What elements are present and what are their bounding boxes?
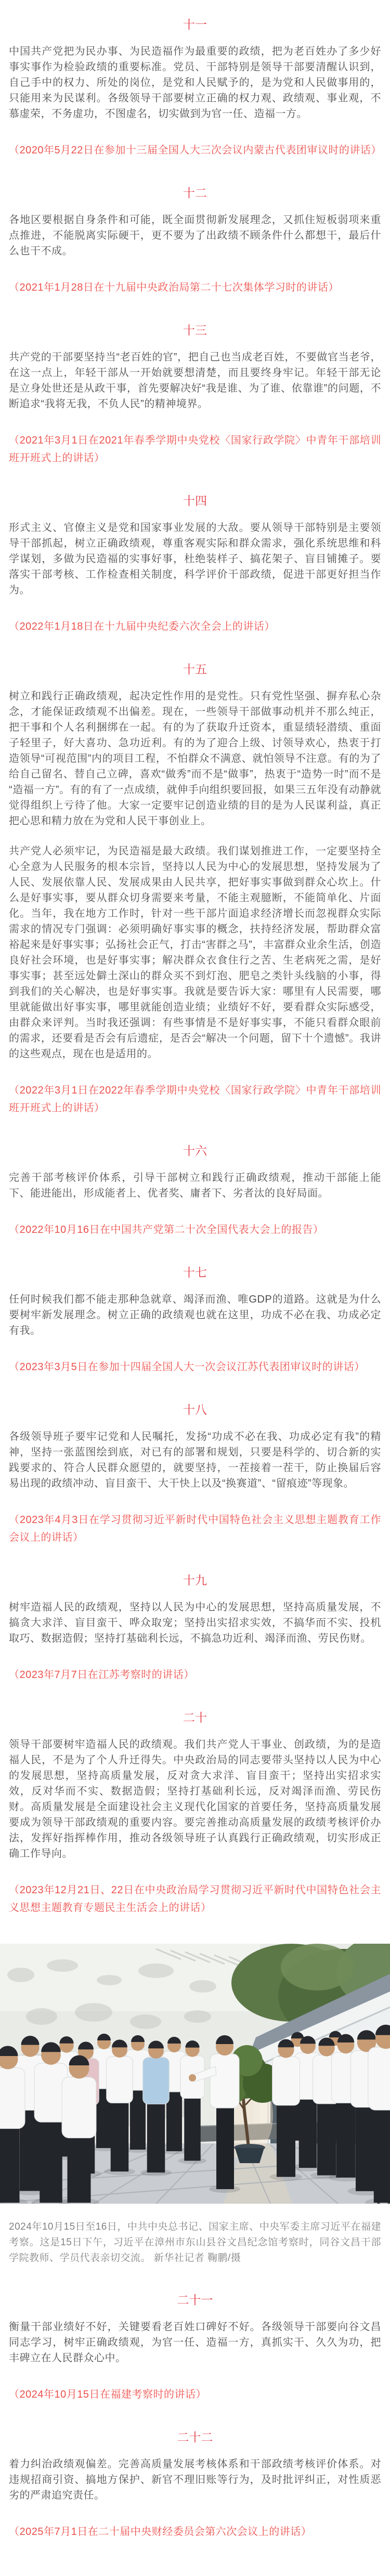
- quote-section: 十五 树立和践行正确政绩观，起决定性作用的是党性。只有党性坚强、摒弃私心杂念，才…: [0, 661, 390, 1117]
- section-body: 领导干部要树牢造福人民的政绩观。我们共产党人干事业、创政绩，为的是造福人民，不是…: [0, 1737, 390, 1862]
- sections-after-photo: 二十一 衡量干部业绩好不好，关键要看老百姓口碑好不好。各级领导干部要向谷文昌同志…: [0, 2292, 390, 2541]
- section-number: 十三: [9, 322, 381, 338]
- section-number: 十五: [9, 661, 381, 677]
- section-paragraph: 衡量干部业绩好不好，关键要看老百姓口碑好不好。各级领导干部要向谷文昌同志学习，树…: [9, 2319, 381, 2366]
- section-paragraph: 树牢造福人民的政绩观，坚持以人民为中心的发展思想，坚持高质量发展，不搞贪大求洋、…: [9, 1599, 381, 1646]
- sections-before-photo: 十一 中国共产党把为民办事、为民造福作为最重要的政绩，把为老百姓办了多少好事实事…: [0, 17, 390, 1917]
- section-paragraph: 树立和践行正确政绩观，起决定性作用的是党性。只有党性坚强、摒弃私心杂念，才能保证…: [9, 688, 381, 829]
- section-body: 完善干部考核评价体系，引导干部树立和践行正确政绩观，推动干部能上能下、能进能出，…: [0, 1170, 390, 1201]
- section-paragraph: 共产党人必须牢记，为民造福是最大政绩。我们谋划推进工作，一定要坚持全心全意为人民…: [9, 843, 381, 1062]
- section-paragraph: 着力纠治政绩观偏差。完善高质量发展考核体系和干部政绩考核评价体系。对违规招商引资…: [9, 2456, 381, 2503]
- section-number: 二十一: [9, 2292, 381, 2308]
- section-citation: （2023年4月3日在学习贯彻习近平新时代中国特色社会主义思想主题教育工作会议上…: [9, 1511, 381, 1546]
- section-citation: （2023年7月7日在江苏考察时的讲话）: [9, 1666, 381, 1684]
- section-body: 各级领导班子要牢记党和人民嘱托，发扬“功成不必在我、功成必定有我”的精神，坚持一…: [0, 1429, 390, 1491]
- section-body: 衡量干部业绩好不好，关键要看老百姓口碑好不好。各级领导干部要向谷文昌同志学习，树…: [0, 2319, 390, 2366]
- section-citation: （2022年10月16日在中国共产党第二十次全国代表大会上的报告）: [9, 1221, 381, 1239]
- section-number: 十七: [9, 1265, 381, 1280]
- section-paragraph: 各级领导班子要牢记党和人民嘱托，发扬“功成不必在我、功成必定有我”的精神，坚持一…: [9, 1429, 381, 1491]
- section-number: 二十二: [9, 2429, 381, 2445]
- section-citation: （2023年12月21日、22日在中央政治局学习贯彻习近平新时代中国特色社会主义…: [9, 1881, 381, 1917]
- section-paragraph: 完善干部考核评价体系，引导干部树立和践行正确政绩观，推动干部能上能下、能进能出，…: [9, 1170, 381, 1201]
- section-citation: （2025年7月1日在二十届中央财经委员会第六次会议上的讲话）: [9, 2523, 381, 2541]
- section-number: 十四: [9, 493, 381, 509]
- section-number: 十八: [9, 1402, 381, 1417]
- section-paragraph: 形式主义、官僚主义是党和国家事业发展的大敌。要从领导干部特别是主要领导干部抓起，…: [9, 520, 381, 598]
- section-paragraph: 领导干部要树牢造福人民的政绩观。我们共产党人干事业、创政绩，为的是造福人民，不是…: [9, 1737, 381, 1862]
- section-citation: （2021年1月28日在十九届中央政治局第二十七次集体学习时的讲话）: [9, 279, 381, 296]
- quote-section: 十七 任何时候我们都不能走那种急就章、竭泽而渔、唯GDP的道路。这就是为什么要树…: [0, 1265, 390, 1376]
- section-number: 十二: [9, 185, 381, 201]
- section-citation: （2023年3月5日在参加十四届全国人大一次会议江苏代表团审议时的讲话）: [9, 1358, 381, 1376]
- section-body: 树立和践行正确政绩观，起决定性作用的是党性。只有党性坚强、摒弃私心杂念，才能保证…: [0, 688, 390, 1062]
- section-body: 各地区要根据自身条件和可能，既全面贯彻新发展理念，又抓住短板弱项来重点推进，不能…: [0, 212, 390, 259]
- section-number: 十一: [9, 17, 381, 32]
- photo-caption: 2024年10月15日至16日，中共中央总书记、国家主席、中央军委主席习近平在福…: [0, 2219, 390, 2266]
- photo: 2024年10月15日至16日，中共中央总书记、国家主席、中央军委主席习近平在福…: [0, 1944, 390, 2266]
- quote-section: 十四 形式主义、官僚主义是党和国家事业发展的大敌。要从领导干部特别是主要领导干部…: [0, 493, 390, 635]
- quote-section: 二十 领导干部要树牢造福人民的政绩观。我们共产党人干事业、创政绩，为的是造福人民…: [0, 1710, 390, 1917]
- section-citation: （2021年3月1日在2021年春季学期中央党校〈国家行政学院〉中青年干部培训班…: [9, 432, 381, 467]
- section-paragraph: 中国共产党把为民办事、为民造福作为最重要的政绩，把为老百姓办了多少好事实事作为检…: [9, 44, 381, 122]
- section-paragraph: 共产党的干部要坚持当“老百姓的官”，把自己也当成老百姓，不要做官当老爷，在这一点…: [9, 349, 381, 412]
- quote-section: 十九 树牢造福人民的政绩观，坚持以人民为中心的发展思想，坚持高质量发展，不搞贪大…: [0, 1572, 390, 1684]
- quote-section: 二十一 衡量干部业绩好不好，关键要看老百姓口碑好不好。各级领导干部要向谷文昌同志…: [0, 2292, 390, 2403]
- quote-section: 十一 中国共产党把为民办事、为民造福作为最重要的政绩，把为老百姓办了多少好事实事…: [0, 17, 390, 159]
- quote-section: 二十二 着力纠治政绩观偏差。完善高质量发展考核体系和干部政绩考核评价体系。对违规…: [0, 2429, 390, 2541]
- section-body: 着力纠治政绩观偏差。完善高质量发展考核体系和干部政绩考核评价体系。对违规招商引资…: [0, 2456, 390, 2503]
- section-citation: （2022年1月18日在十九届中央纪委六次全会上的讲话）: [9, 618, 381, 635]
- section-citation: （2020年5月22日在参加十三届全国人大三次会议内蒙古代表团审议时的讲话）: [9, 141, 381, 159]
- section-body: 形式主义、官僚主义是党和国家事业发展的大敌。要从领导干部特别是主要领导干部抓起，…: [0, 520, 390, 598]
- section-citation: （2024年10月15日在福建考察时的讲话）: [9, 2386, 381, 2403]
- section-citation: （2022年3月1日在2022年春季学期中央党校〈国家行政学院〉中青年干部培训班…: [9, 1082, 381, 1117]
- section-paragraph: 各地区要根据自身条件和可能，既全面贯彻新发展理念，又抓住短板弱项来重点推进，不能…: [9, 212, 381, 259]
- section-body: 中国共产党把为民办事、为民造福作为最重要的政绩，把为老百姓办了多少好事实事作为检…: [0, 44, 390, 122]
- section-body: 树牢造福人民的政绩观，坚持以人民为中心的发展思想，坚持高质量发展，不搞贪大求洋、…: [0, 1599, 390, 1646]
- photo-illustration: [0, 1944, 390, 2204]
- section-number: 十九: [9, 1572, 381, 1588]
- quote-section: 十三 共产党的干部要坚持当“老百姓的官”，把自己也当成老百姓，不要做官当老爷，在…: [0, 322, 390, 467]
- section-number: 十六: [9, 1143, 381, 1159]
- quote-section: 十二 各地区要根据自身条件和可能，既全面贯彻新发展理念，又抓住短板弱项来重点推进…: [0, 185, 390, 296]
- section-number: 二十: [9, 1710, 381, 1725]
- article-page: 十一 中国共产党把为民办事、为民造福作为最重要的政绩，把为老百姓办了多少好事实事…: [0, 0, 390, 2554]
- section-body: 共产党的干部要坚持当“老百姓的官”，把自己也当成老百姓，不要做官当老爷，在这一点…: [0, 349, 390, 412]
- section-body: 任何时候我们都不能走那种急就章、竭泽而渔、唯GDP的道路。这就是为什么要树牢新发…: [0, 1292, 390, 1338]
- section-paragraph: 任何时候我们都不能走那种急就章、竭泽而渔、唯GDP的道路。这就是为什么要树牢新发…: [9, 1292, 381, 1338]
- quote-section: 十八 各级领导班子要牢记党和人民嘱托，发扬“功成不必在我、功成必定有我”的精神，…: [0, 1402, 390, 1546]
- quote-section: 十六 完善干部考核评价体系，引导干部树立和践行正确政绩观，推动干部能上能下、能进…: [0, 1143, 390, 1239]
